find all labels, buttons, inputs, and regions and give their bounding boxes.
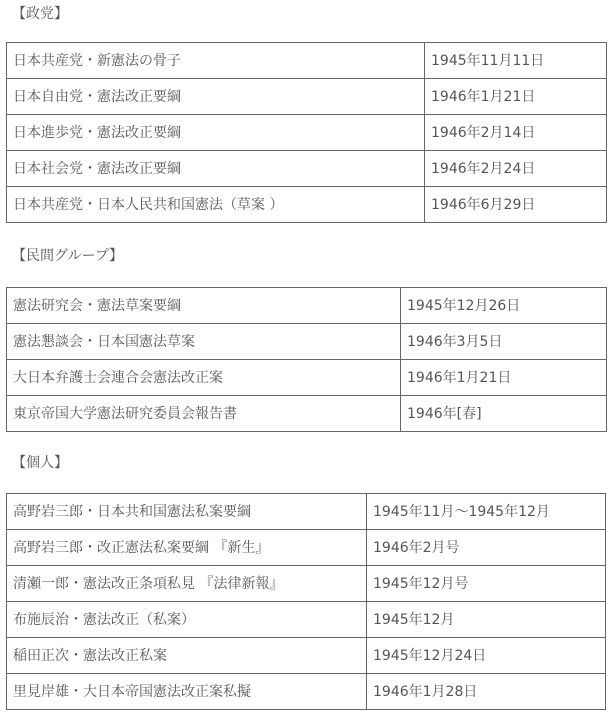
table-row: 日本自由党・憲法改正要綱 1946年1月21日 (7, 79, 607, 115)
draft-title: 日本共産党・新憲法の骨子 (7, 43, 425, 79)
draft-date: 1945年11月～1945年12月 (367, 494, 606, 530)
table-row: 日本共産党・新憲法の骨子 1945年11月11日 (7, 43, 607, 79)
draft-date: 1946年2月14日 (425, 115, 607, 151)
draft-title: 高野岩三郎・改正憲法私案要綱 『新生』 (7, 530, 367, 566)
draft-date: 1946年1月21日 (401, 360, 607, 396)
draft-date: 1946年2月号 (367, 530, 606, 566)
draft-title: 日本進歩党・憲法改正要綱 (7, 115, 425, 151)
draft-title: 布施辰治・憲法改正（私案） (7, 602, 367, 638)
individuals-table: 高野岩三郎・日本共和国憲法私案要綱 1945年11月～1945年12月 高野岩三… (6, 493, 606, 710)
draft-title: 東京帝国大学憲法研究委員会報告書 (7, 396, 401, 432)
draft-title: 高野岩三郎・日本共和国憲法私案要綱 (7, 494, 367, 530)
draft-date: 1945年11月11日 (425, 43, 607, 79)
draft-date: 1945年12月 (367, 602, 606, 638)
draft-date: 1946年3月5日 (401, 324, 607, 360)
draft-title: 憲法懇談会・日本国憲法草案 (7, 324, 401, 360)
table-row: 高野岩三郎・改正憲法私案要綱 『新生』 1946年2月号 (7, 530, 606, 566)
table-row: 里見岸雄・大日本帝国憲法改正案私擬 1946年1月28日 (7, 674, 606, 710)
table-row: 大日本弁護士会連合会憲法改正案 1946年1月21日 (7, 360, 607, 396)
section-heading-individuals: 【個人】 (12, 453, 68, 473)
draft-date: 1945年12月号 (367, 566, 606, 602)
draft-date: 1946年1月28日 (367, 674, 606, 710)
table-row: 布施辰治・憲法改正（私案） 1945年12月 (7, 602, 606, 638)
draft-date: 1945年12月26日 (401, 288, 607, 324)
draft-title: 里見岸雄・大日本帝国憲法改正案私擬 (7, 674, 367, 710)
table-row: 憲法懇談会・日本国憲法草案 1946年3月5日 (7, 324, 607, 360)
table-row: 稲田正次・憲法改正私案 1945年12月24日 (7, 638, 606, 674)
table-row: 東京帝国大学憲法研究委員会報告書 1946年[春] (7, 396, 607, 432)
draft-date: 1946年[春] (401, 396, 607, 432)
private-groups-table: 憲法研究会・憲法草案要綱 1945年12月26日 憲法懇談会・日本国憲法草案 1… (6, 287, 607, 432)
draft-title: 稲田正次・憲法改正私案 (7, 638, 367, 674)
section-heading-political-parties: 【政党】 (12, 4, 68, 24)
table-row: 清瀬一郎・憲法改正条項私見 『法律新報』 1945年12月号 (7, 566, 606, 602)
draft-title: 大日本弁護士会連合会憲法改正案 (7, 360, 401, 396)
table-row: 高野岩三郎・日本共和国憲法私案要綱 1945年11月～1945年12月 (7, 494, 606, 530)
draft-date: 1946年6月29日 (425, 187, 607, 223)
table-row: 日本共産党・日本人民共和国憲法（草案 ） 1946年6月29日 (7, 187, 607, 223)
draft-title: 日本社会党・憲法改正要綱 (7, 151, 425, 187)
draft-date: 1946年1月21日 (425, 79, 607, 115)
political-parties-table: 日本共産党・新憲法の骨子 1945年11月11日 日本自由党・憲法改正要綱 19… (6, 42, 607, 223)
draft-date: 1946年2月24日 (425, 151, 607, 187)
section-heading-private-groups: 【民間グループ】 (12, 246, 123, 266)
draft-title: 憲法研究会・憲法草案要綱 (7, 288, 401, 324)
table-row: 憲法研究会・憲法草案要綱 1945年12月26日 (7, 288, 607, 324)
draft-title: 日本自由党・憲法改正要綱 (7, 79, 425, 115)
table-row: 日本進歩党・憲法改正要綱 1946年2月14日 (7, 115, 607, 151)
draft-title: 日本共産党・日本人民共和国憲法（草案 ） (7, 187, 425, 223)
draft-date: 1945年12月24日 (367, 638, 606, 674)
draft-title: 清瀬一郎・憲法改正条項私見 『法律新報』 (7, 566, 367, 602)
table-row: 日本社会党・憲法改正要綱 1946年2月24日 (7, 151, 607, 187)
